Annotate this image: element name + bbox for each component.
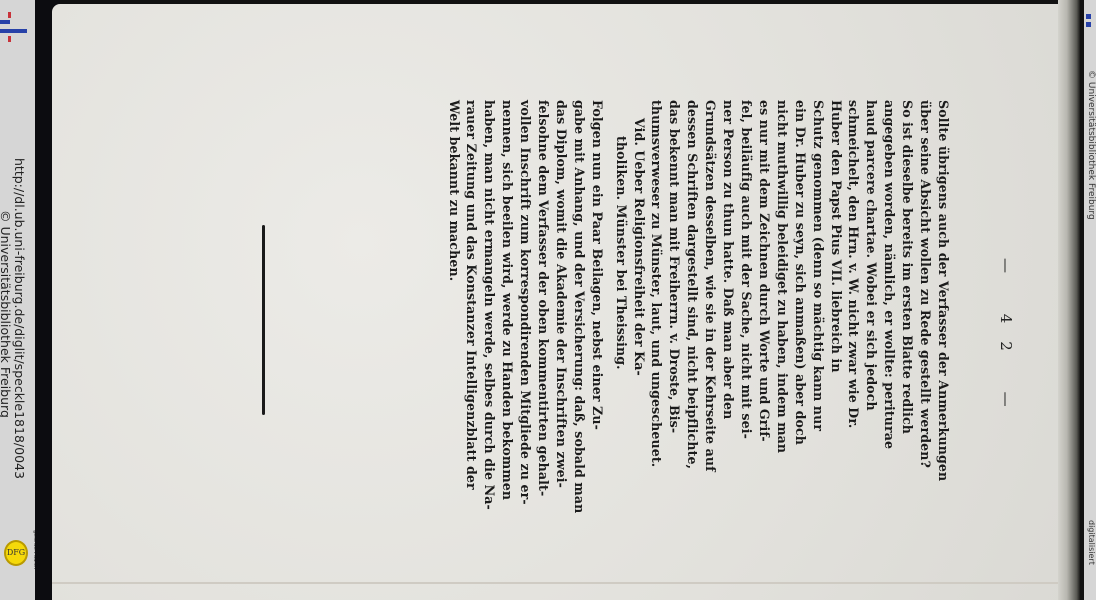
text-line: ner Person zu thun hatte. Daß man aber d… [719,100,737,600]
text-line: ein Dr. Huber zu seyn, sich anmaßen) abe… [791,100,809,600]
text-line: fel, beiläufig auch mit der Sache, nicht… [737,100,755,600]
text-line: nicht muthwillig beleidiget zu haben, in… [773,100,791,600]
text-line: rauer Zeitung und das Konstanzer Intelli… [463,100,481,600]
text-line: Sollte übrigens auch der Verfasser der A… [934,100,952,600]
permalink-url[interactable]: http://dl.ub.uni-freiburg.de/diglit/spec… [12,158,27,479]
text-line: schmeichelt, den Hrn. v. W. nicht zwar w… [845,100,863,600]
text-line: Folgen nun ein Paar Beilagen, nebst eine… [588,100,606,600]
navigation-icons[interactable] [1086,14,1092,30]
university-library-logo-icon[interactable] [0,6,30,38]
text-line: das bekennt man mit Freiherrn. v. Droste… [666,100,684,600]
text-line: Huber den Papst Pius VII. liebreich in [827,100,845,600]
text-line: felsohne dem Verfasser der oben kommenti… [534,100,552,600]
viewer-left-sidebar: http://dl.ub.uni-freiburg.de/diglit/spec… [0,0,35,600]
text-line: dessen Schriften dargestellt sind, nicht… [683,100,701,600]
text-line: nennen, sich beeilen wird, werde zu Hand… [498,100,516,600]
nav-square-icon[interactable] [1086,22,1091,27]
text-line: über seine Absicht wollen zu Rede gestel… [916,100,934,600]
text-line: haben, man nicht ermangeln werde, selbes… [480,100,498,600]
text-line: thumsverweser zu Münster, laut, und unge… [648,100,666,600]
right-copyright-notice: © Universitätsbibliothek Freiburg [1086,70,1096,220]
text-line: vollen Inschrift zum korrespondirenden M… [516,100,534,600]
page-stack-edge [1058,0,1080,600]
dfg-badge-icon: DFG [4,540,28,566]
text-line: haud parcere chartae. Wobei er sich jedo… [862,100,880,600]
text-line: gabe mit Anhang, und der Versicherung: d… [570,100,588,600]
text-line: angegeben worden, nämlich, er wollte: pe… [880,100,898,600]
page-number-header: — 42 — [997,258,1015,425]
page-text-block: Sollte übrigens auch der Verfasser der A… [445,100,952,600]
closing-rule-divider [262,225,265,415]
text-line: tholiken. Münster bei Theissing. [612,100,630,600]
text-line: Schutz genommen (denn so mächtig kann nu… [809,100,827,600]
text-line: Welt bekannt zu machen. [445,100,463,600]
nav-square-icon[interactable] [1086,14,1091,19]
text-line: Vid. Ueber Religionsfreiheit der Ka- [630,100,648,600]
text-line: Grundsätzen desselben, wie sie in der Ke… [701,100,719,600]
text-line: das Diplom, womit die Akademie der Insch… [552,100,570,600]
text-line: es nur mit dem Zeichnen durch Worte und … [755,100,773,600]
right-digitized-label: digitalisiert [1087,520,1096,565]
copyright-notice: © Universitätsbibliothek Freiburg [0,210,13,418]
text-line: So ist dieselbe bereits im ersten Blatte… [898,100,916,600]
